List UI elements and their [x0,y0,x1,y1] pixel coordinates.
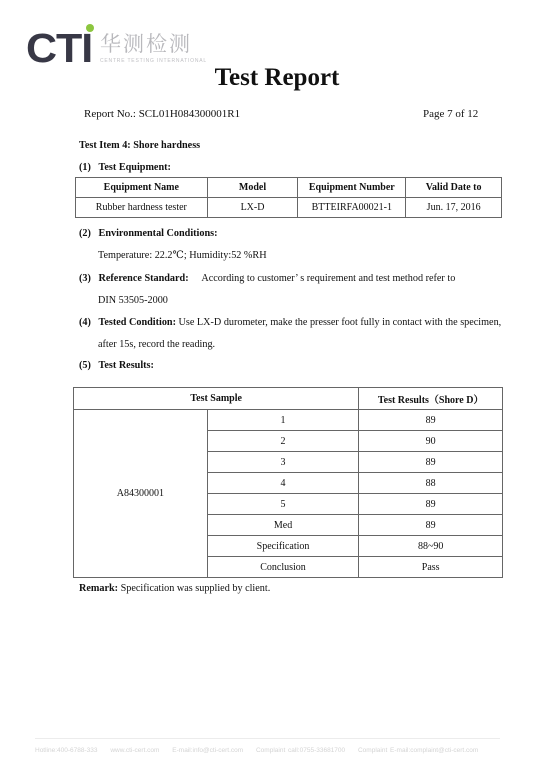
reference-text: According to customer’ s requirement and… [201,273,455,284]
row-label: 1 [207,410,359,431]
column-header-result: Test Results（Shore D） [359,388,503,410]
table-row: Rubber hardness tester LX-D BTTEIRFA0002… [76,198,502,218]
row-value: Pass [359,557,503,578]
equipment-heading: (1) Test Equipment: [79,162,171,173]
row-value: 90 [359,431,503,452]
logo-brand-text: CTI [26,30,92,66]
condition-text-2: after 15s, record the reading. [98,339,215,350]
equipment-number-cell: BTTEIRFA00021-1 [298,198,406,218]
logo-chinese-name: 华测检测 [100,32,192,56]
report-number: Report No.: SCL01H084300001R1 [84,108,240,120]
row-value: 88~90 [359,536,503,557]
row-label: 3 [207,452,359,473]
row-value: 89 [359,452,503,473]
column-header: Equipment Number [298,178,406,198]
results-heading: (5) Test Results: [79,360,154,371]
row-value: 88 [359,473,503,494]
column-header: Valid Date to [406,178,502,198]
page-title: Test Report [0,64,554,92]
section-number: (4) [79,317,91,328]
environment-text: Temperature: 22.2℃; Humidity:52 %RH [98,250,267,261]
reference-line: (3) Reference Standard: According to cus… [79,273,455,284]
sample-id-cell: A84300001 [74,410,208,578]
column-header: Equipment Name [76,178,208,198]
table-header-row: Test Sample Test Results（Shore D） [74,388,503,410]
valid-date-cell: Jun. 17, 2016 [406,198,502,218]
section-number: (1) [79,162,91,173]
section-title: Reference Standard: [99,273,189,284]
section-title: Test Equipment: [99,162,171,173]
row-value: 89 [359,494,503,515]
column-header-sample: Test Sample [74,388,359,410]
model-cell: LX-D [207,198,298,218]
footer-website: www.cti-cert.com [110,747,159,754]
section-title: Test Results: [99,360,154,371]
remark: Remark: Specification was supplied by cl… [79,583,270,594]
page-number: Page 7 of 12 [423,108,478,120]
footer-complaint-call: Complaint call:0755-33681700 [256,747,345,754]
equipment-name-cell: Rubber hardness tester [76,198,208,218]
remark-label: Remark: [79,583,118,594]
footer-hotline: Hotline:400-6788-333 [35,747,98,754]
column-header: Model [207,178,298,198]
equipment-table: Equipment Name Model Equipment Number Va… [75,177,502,218]
section-number: (3) [79,273,91,284]
footer-complaint-email: Complaint E-mail:complaint@cti-cert.com [358,747,478,754]
footer-divider [35,738,500,739]
reference-standard: DIN 53505-2000 [98,295,168,306]
footer: Hotline:400-6788-333 www.cti-cert.com E-… [35,747,488,754]
results-table: Test Sample Test Results（Shore D） A84300… [73,387,503,578]
section-title: Environmental Conditions: [99,228,218,239]
logo-dot-icon [86,24,94,32]
row-label: Conclusion [207,557,359,578]
row-value: 89 [359,515,503,536]
test-item-heading: Test Item 4: Shore hardness [79,140,200,151]
section-number: (2) [79,228,91,239]
table-header-row: Equipment Name Model Equipment Number Va… [76,178,502,198]
condition-line: (4) Tested Condition: Use LX-D durometer… [79,317,501,328]
row-label: 4 [207,473,359,494]
row-value: 89 [359,410,503,431]
condition-text: Use LX-D durometer, make the presser foo… [179,317,502,328]
row-label: 5 [207,494,359,515]
section-title: Tested Condition: [99,317,176,328]
environment-heading: (2) Environmental Conditions: [79,228,218,239]
section-number: (5) [79,360,91,371]
footer-email: E-mail:info@cti-cert.com [172,747,243,754]
row-label: Med [207,515,359,536]
table-row: A84300001 1 89 [74,410,503,431]
row-label: 2 [207,431,359,452]
row-label: Specification [207,536,359,557]
remark-text: Specification was supplied by client. [121,583,271,594]
